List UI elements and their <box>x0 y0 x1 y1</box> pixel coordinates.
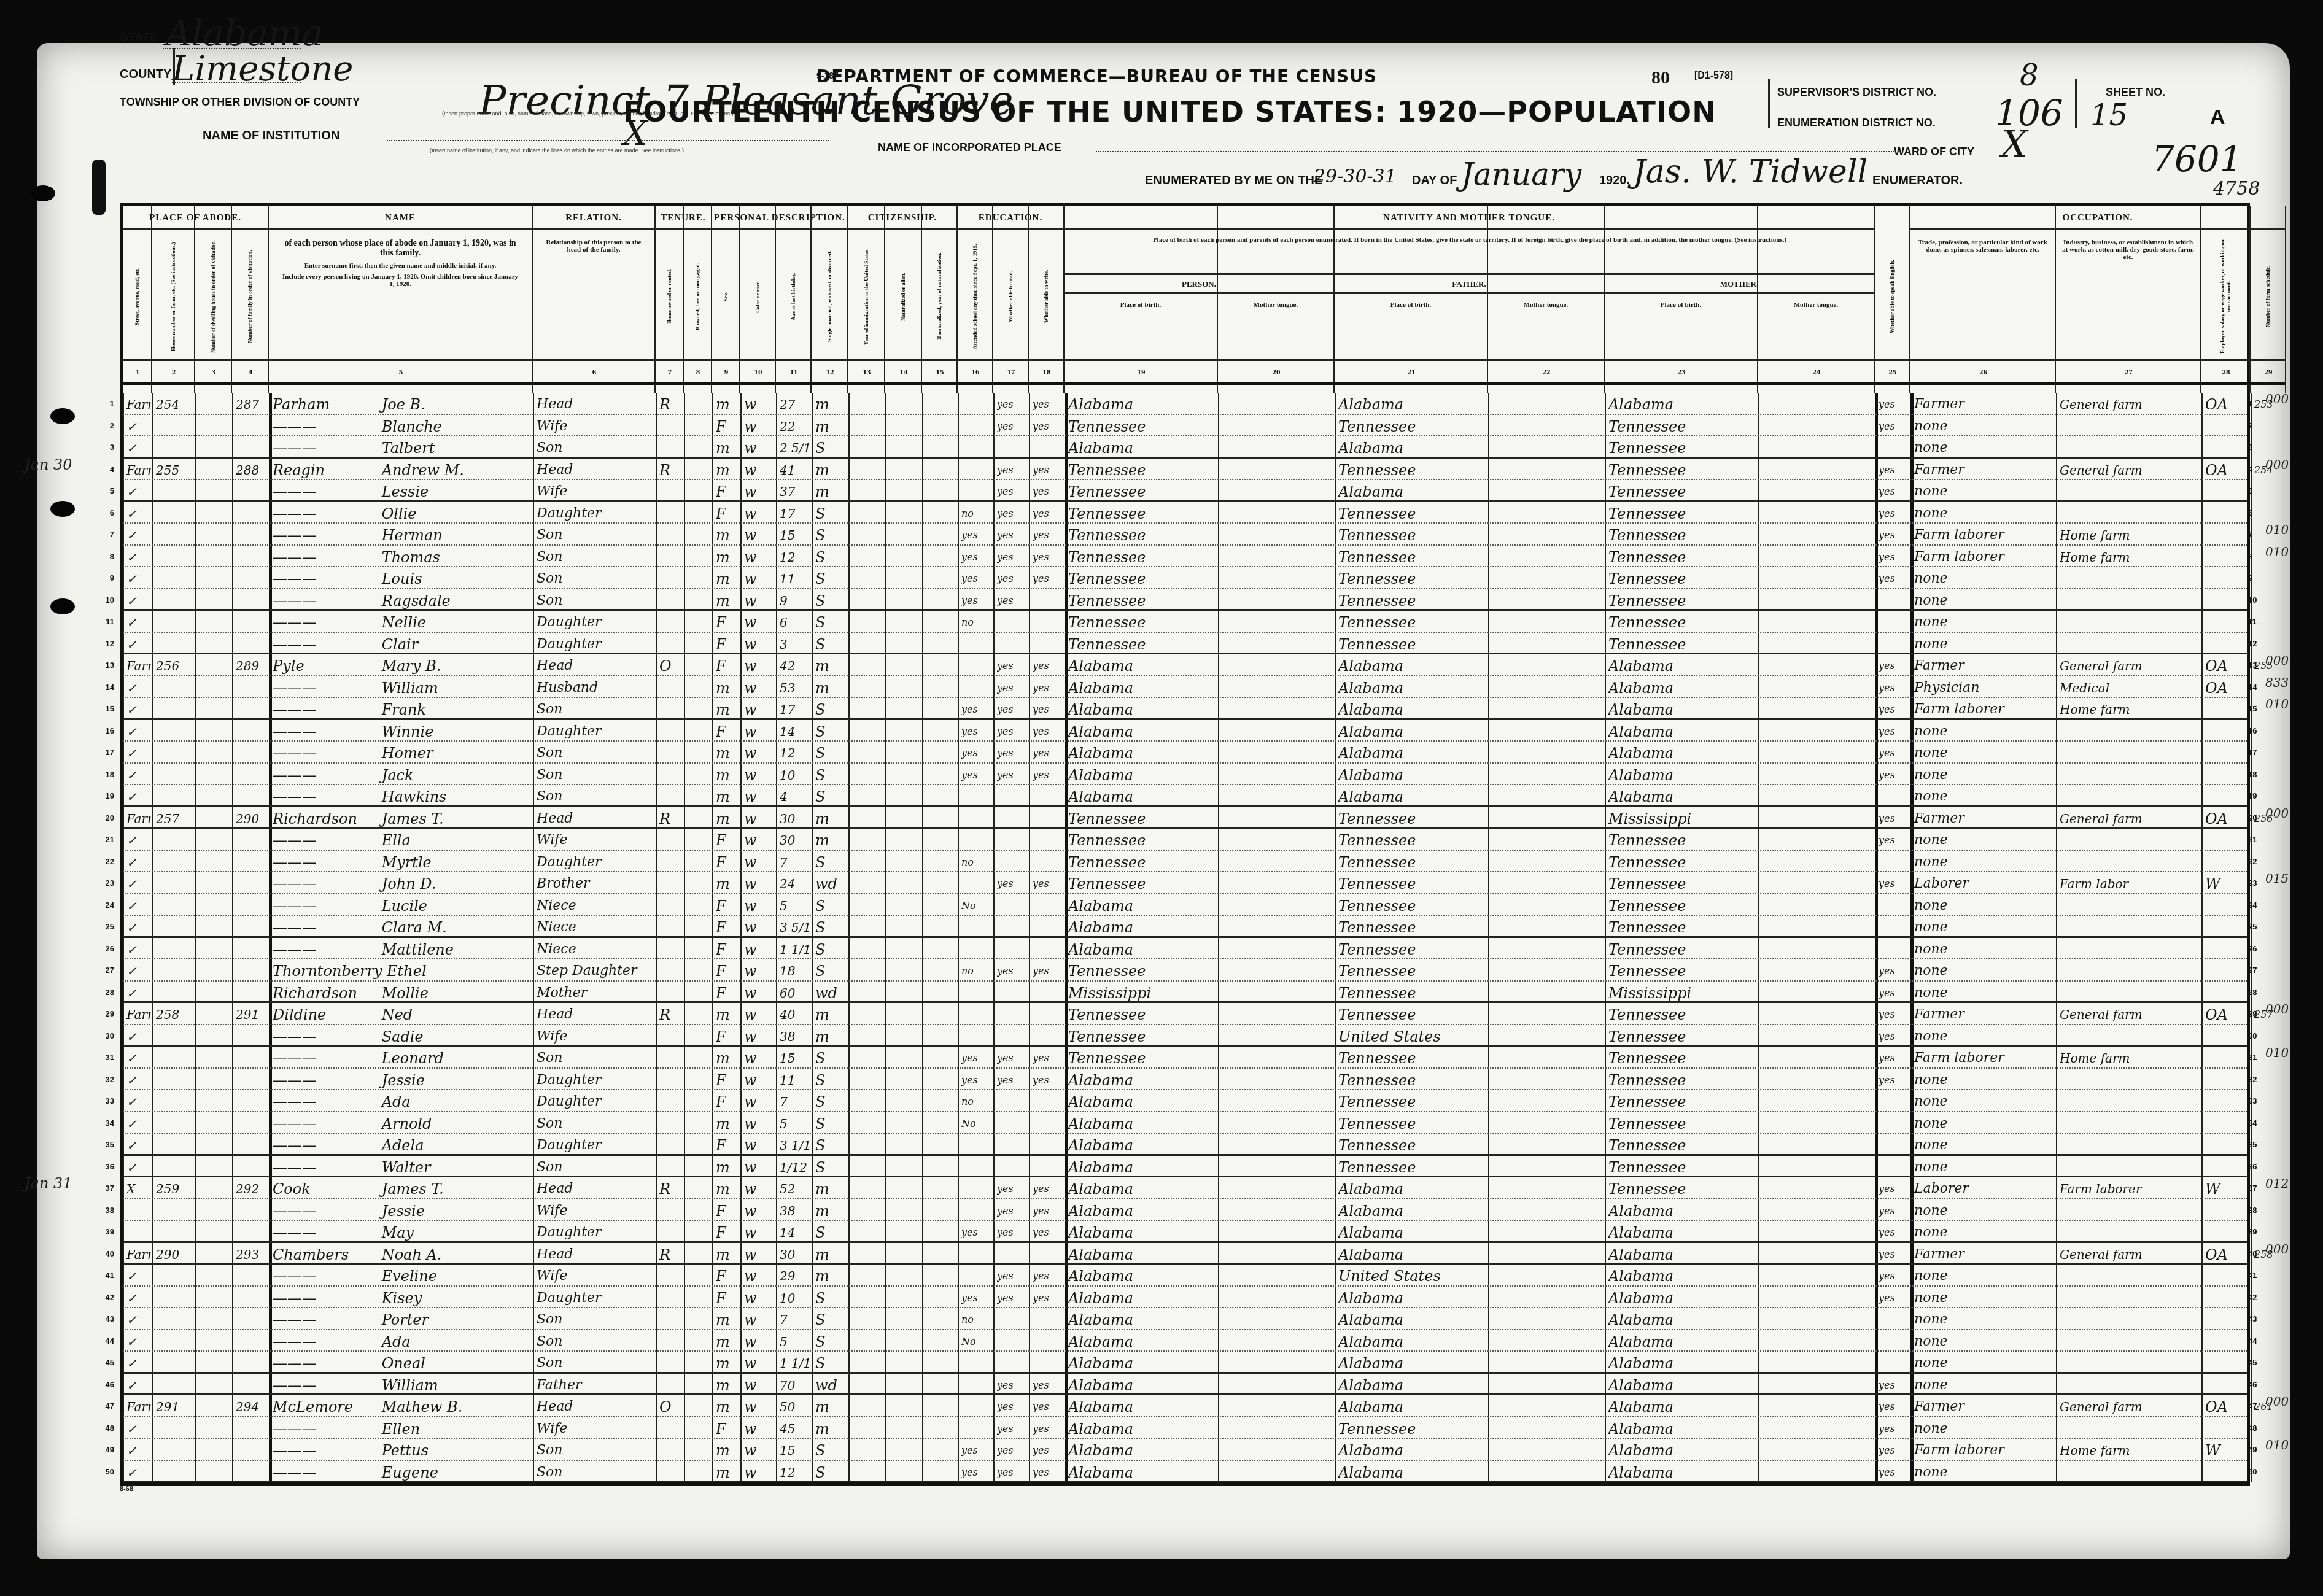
table-row: ✓——— LessieWifeFw37myesyesTennesseeAlaba… <box>123 480 2247 502</box>
cell-rel: Wife <box>537 1265 654 1286</box>
cell-ind <box>2060 982 2200 1003</box>
cell-mpob: Tennessee <box>1608 502 1757 524</box>
cell-emp <box>2205 1112 2249 1134</box>
name-header-text: Include every person living on January 1… <box>281 273 519 288</box>
cell-fpob: Alabama <box>1338 1199 1487 1221</box>
cell-ms: m <box>815 480 847 502</box>
cell-street: Farm <box>126 807 151 829</box>
cell-own <box>659 1417 683 1439</box>
surname: ——— <box>273 1134 377 1155</box>
cell-sex: m <box>716 1308 739 1330</box>
cell-read: yes <box>997 1287 1028 1308</box>
cell-sch: yes <box>961 1461 992 1482</box>
cell-own <box>659 502 683 524</box>
cell-fam: 287 <box>236 393 268 414</box>
cell-fam <box>236 764 268 785</box>
township-label: TOWNSHIP OR OTHER DIVISION OF COUNTY <box>120 96 360 109</box>
line-number-left: 33 <box>92 1096 114 1106</box>
line-number-left: 43 <box>92 1314 114 1323</box>
occupation-code: 015 <box>2265 871 2289 886</box>
cell-mpob: Tennessee <box>1608 1047 1757 1068</box>
cell-ms: m <box>815 807 847 829</box>
cell-sex: m <box>716 1461 739 1482</box>
table-row: ✓——— ClairDaughterFw3STennesseeTennessee… <box>123 633 2247 655</box>
cell-rel: Son <box>537 589 654 611</box>
given-name: Lucile <box>377 897 427 915</box>
cell-race: w <box>744 1287 775 1308</box>
cell-sex: F <box>716 959 739 981</box>
cell-ms: m <box>815 1395 847 1417</box>
cell-sex: m <box>716 764 739 785</box>
table-row: ✓——— LucileNieceFw5SNoAlabamaTennesseeTe… <box>123 894 2247 916</box>
cell-mpob: Alabama <box>1608 1417 1757 1439</box>
line-number-left: 19 <box>92 791 114 800</box>
cell-fam <box>236 1025 268 1047</box>
cell-mpob: Tennessee <box>1608 1134 1757 1155</box>
cell-write <box>1033 633 1063 654</box>
cell-rel: Niece <box>537 894 654 916</box>
cell-own <box>659 1156 683 1177</box>
given-name: Mathew B. <box>377 1398 462 1416</box>
surname: ——— <box>273 1265 377 1286</box>
table-row: ✓——— EllenWifeFw45myesyesAlabamaTennesse… <box>123 1417 2247 1439</box>
cell-sex: m <box>716 676 739 698</box>
cell-age: 41 <box>780 459 810 480</box>
cell-house <box>156 764 194 785</box>
cell-write: yes <box>1033 872 1063 894</box>
line-number-left: 38 <box>92 1206 114 1215</box>
table-row: ✓Thorntonberry EthelStep DaughterFw18Sno… <box>123 959 2247 982</box>
cell-fam <box>236 1090 268 1112</box>
cell-race: w <box>744 720 775 742</box>
cell-own: O <box>659 1395 683 1417</box>
occupation-code: 000 <box>2265 806 2289 821</box>
cell-race: w <box>744 1395 775 1417</box>
cell-rel: Brother <box>537 872 654 894</box>
cell-fam <box>236 567 268 589</box>
margin-date-note: Jan 31 <box>25 1175 72 1192</box>
surname: Parham <box>273 393 377 414</box>
cell-house <box>156 1417 194 1439</box>
cell-pob: Alabama <box>1068 698 1217 719</box>
cell-occ: none <box>1914 1265 2055 1286</box>
cell-fam <box>236 1199 268 1221</box>
line-number-left: 7 <box>92 530 114 539</box>
cell-sex: m <box>716 1243 739 1265</box>
cell-sex: F <box>716 1417 739 1439</box>
cell-pob: Tennessee <box>1068 872 1217 894</box>
cell-ms: S <box>815 1090 847 1112</box>
cell-name: ——— John D. <box>273 872 532 894</box>
line-number-left: 28 <box>92 988 114 997</box>
table-row: ✓——— WalterSonmw1/12SAlabamaTennesseeTen… <box>123 1156 2247 1178</box>
cell-sex: m <box>716 1330 739 1352</box>
given-name: James T. <box>377 1180 444 1198</box>
cell-fam: 293 <box>236 1243 268 1265</box>
cell-house <box>156 1287 194 1308</box>
cell-fpob: Tennessee <box>1338 1069 1487 1090</box>
cell-sch <box>961 1025 992 1047</box>
cell-fpob: Alabama <box>1338 698 1487 719</box>
cell-age: 53 <box>780 676 810 698</box>
table-row: ✓Richardson MollieMotherFw60wdMississipp… <box>123 982 2247 1004</box>
line-number-right: 9 <box>2248 573 2270 583</box>
cell-occ: none <box>1914 1069 2055 1090</box>
cell-fam: 291 <box>236 1003 268 1025</box>
cell-name: ——— Walter <box>273 1156 532 1177</box>
cell-read <box>997 1134 1028 1155</box>
cell-write <box>1033 611 1063 632</box>
cell-own <box>659 1112 683 1134</box>
cell-occ: none <box>1914 611 2055 632</box>
cell-street: Farm <box>126 393 151 414</box>
surname: ——— <box>273 1439 377 1460</box>
surname: ——— <box>273 589 377 611</box>
line-number-right: 45 <box>2248 1358 2270 1367</box>
cell-pob: Alabama <box>1068 764 1217 785</box>
cell-ind <box>2060 1352 2200 1373</box>
cell-ms: S <box>815 524 847 545</box>
column-number: 27 <box>2056 359 2201 385</box>
cell-read <box>997 829 1028 850</box>
line-number-left: 25 <box>92 922 114 931</box>
cell-house <box>156 1025 194 1047</box>
cell-ms: m <box>815 1417 847 1439</box>
cell-write: yes <box>1033 1047 1063 1068</box>
line-number-left: 23 <box>92 878 114 888</box>
cell-race: w <box>744 1330 775 1352</box>
cell-emp <box>2205 436 2249 458</box>
cell-name: ——— May <box>273 1221 532 1242</box>
surname: Richardson <box>273 807 377 829</box>
cell-house <box>156 415 194 436</box>
cell-fpob: Tennessee <box>1338 1112 1487 1134</box>
given-name: May <box>377 1224 414 1241</box>
cell-name: ——— Porter <box>273 1308 532 1330</box>
surname: ——— <box>273 1090 377 1112</box>
occupation-code: 010 <box>2265 522 2289 537</box>
cell-pob: Alabama <box>1068 1199 1217 1221</box>
given-name: Clair <box>377 636 418 653</box>
cell-name: ——— Ella <box>273 829 532 850</box>
cell-eng: yes <box>1879 502 1909 524</box>
cell-rel: Son <box>537 1308 654 1330</box>
cell-read: yes <box>997 764 1028 785</box>
cell-house <box>156 436 194 458</box>
table-row: ✓——— WilliamHusbandmw53myesyesAlabamaAla… <box>123 676 2247 699</box>
cell-sex: m <box>716 546 739 567</box>
cell-sch: no <box>961 959 992 981</box>
cell-read <box>997 1243 1028 1265</box>
cell-house <box>156 1352 194 1373</box>
enumerator-name: Jas. W. Tidwell <box>1633 153 1867 190</box>
cell-name: Parham Joe B. <box>273 393 532 414</box>
cell-street: ✓ <box>126 785 151 807</box>
cell-ms: S <box>815 1287 847 1308</box>
surname: ——— <box>273 742 377 763</box>
cell-street: ✓ <box>126 959 151 981</box>
given-name: Eugene <box>377 1464 438 1481</box>
cell-fpob: Alabama <box>1338 1461 1487 1482</box>
given-name: Sadie <box>377 1028 424 1045</box>
cell-ms: m <box>815 829 847 850</box>
line-number-right: 33 <box>2248 1096 2270 1106</box>
cell-street: ✓ <box>126 1134 151 1155</box>
cell-own <box>659 1199 683 1221</box>
line-number-right: 21 <box>2248 835 2270 844</box>
cell-ind <box>2060 1287 2200 1308</box>
cell-fam <box>236 1330 268 1352</box>
cell-write: yes <box>1033 1265 1063 1286</box>
cell-eng <box>1879 1134 1909 1155</box>
cell-name: ——— Blanche <box>273 415 532 436</box>
cell-rel: Daughter <box>537 1090 654 1112</box>
given-name: Ned <box>377 1006 413 1023</box>
cell-mpob: Alabama <box>1608 742 1757 763</box>
cell-occ: none <box>1914 785 2055 807</box>
cell-rel: Niece <box>537 938 654 959</box>
cell-pob: Alabama <box>1068 393 1217 414</box>
cell-sex: m <box>716 785 739 807</box>
cell-write <box>1033 785 1063 807</box>
cell-ind <box>2060 894 2200 916</box>
cell-house <box>156 1330 194 1352</box>
column-number: 15 <box>922 359 958 385</box>
cell-rel: Son <box>537 1156 654 1177</box>
cell-ms: m <box>815 1265 847 1286</box>
cell-race: w <box>744 1090 775 1112</box>
cell-mpob: Alabama <box>1608 720 1757 742</box>
cell-own <box>659 982 683 1003</box>
cell-eng: yes <box>1879 720 1909 742</box>
cell-house <box>156 546 194 567</box>
surname: ——— <box>273 415 377 436</box>
cell-street: ✓ <box>126 567 151 589</box>
header-text: Mother tongue. <box>1224 301 1327 309</box>
cell-sex: m <box>716 1003 739 1025</box>
given-name: Nellie <box>377 614 426 631</box>
table-body: Farm254287Parham Joe B.HeadRmw27myesyesA… <box>123 393 2247 1482</box>
cell-name: ——— Ollie <box>273 502 532 524</box>
cell-ms: S <box>815 1069 847 1090</box>
line-number-right: 30 <box>2248 1031 2270 1040</box>
cell-pob: Alabama <box>1068 1395 1217 1417</box>
cell-house <box>156 1069 194 1090</box>
cell-name: Reagin Andrew M. <box>273 459 532 480</box>
cell-street: ✓ <box>126 1047 151 1068</box>
cell-emp <box>2205 1134 2249 1155</box>
occupation-code: 833 <box>2265 675 2289 690</box>
cell-emp <box>2205 982 2249 1003</box>
surname: ——— <box>273 764 377 785</box>
cell-race: w <box>744 872 775 894</box>
cell-age: 18 <box>780 959 810 981</box>
cell-emp <box>2205 1287 2249 1308</box>
cell-race: w <box>744 1047 775 1068</box>
cell-write: yes <box>1033 742 1063 763</box>
cell-street: ✓ <box>126 415 151 436</box>
line-number-left: 13 <box>92 660 114 670</box>
cell-fpob: Alabama <box>1338 676 1487 698</box>
cell-mpob: Alabama <box>1608 1308 1757 1330</box>
cell-sch <box>961 1177 992 1199</box>
cell-fam <box>236 1287 268 1308</box>
cell-sch <box>961 459 992 480</box>
cell-race: w <box>744 502 775 524</box>
incorporated-label: NAME OF INCORPORATED PLACE <box>878 141 1061 154</box>
line-number-left: 4 <box>92 465 114 474</box>
cell-own <box>659 1090 683 1112</box>
surname: ——— <box>273 1221 377 1242</box>
cell-ind <box>2060 1308 2200 1330</box>
cell-read: yes <box>997 1177 1028 1199</box>
nativity-mother-header: MOTHER. <box>1605 273 1875 294</box>
cell-emp: OA <box>2205 676 2249 698</box>
cell-write: yes <box>1033 459 1063 480</box>
line-number-left: 34 <box>92 1118 114 1128</box>
cell-rel: Wife <box>537 1199 654 1221</box>
cell-sch: no <box>961 1090 992 1112</box>
header-text: Number of dwelling house in order of vis… <box>210 235 216 358</box>
cell-ind: Home farm <box>2060 698 2200 719</box>
cell-race: w <box>744 1069 775 1090</box>
cell-ind <box>2060 1221 2200 1242</box>
cell-sex: m <box>716 1156 739 1177</box>
cell-write <box>1033 1090 1063 1112</box>
header-text: If naturalized, year of naturalization. <box>936 235 942 358</box>
cell-mpob: Mississippi <box>1608 982 1757 1003</box>
surname: ——— <box>273 1461 377 1482</box>
cell-write: yes <box>1033 1199 1063 1221</box>
cell-rel: Head <box>537 1003 654 1025</box>
table-row: ✓——— WilliamFathermw70wdyesyesAlabamaAla… <box>123 1374 2247 1396</box>
cell-own <box>659 698 683 719</box>
cell-sch <box>961 785 992 807</box>
cell-occ: none <box>1914 589 2055 611</box>
cell-mpob: Alabama <box>1608 1352 1757 1373</box>
cell-emp: OA <box>2205 1395 2249 1417</box>
cell-rel: Head <box>537 393 654 414</box>
line-number-right: 5 <box>2248 486 2270 495</box>
cell-write <box>1033 589 1063 611</box>
cell-own: O <box>659 654 683 676</box>
cell-emp: W <box>2205 872 2249 894</box>
cell-mpob: Alabama <box>1608 1439 1757 1460</box>
cell-mpob: Alabama <box>1608 1461 1757 1482</box>
surname: ——— <box>273 524 377 545</box>
given-name: Arnold <box>377 1115 432 1133</box>
cell-read: yes <box>997 872 1028 894</box>
cell-occ: none <box>1914 1287 2055 1308</box>
given-name: Kisey <box>377 1290 422 1307</box>
cell-fam <box>236 916 268 937</box>
cell-ms: S <box>815 938 847 959</box>
cell-fpob: Alabama <box>1338 1308 1487 1330</box>
cell-race: w <box>744 524 775 545</box>
cell-write: yes <box>1033 764 1063 785</box>
cell-fam <box>236 829 268 850</box>
given-name: Frank <box>377 701 426 718</box>
column-number: 3 <box>195 359 232 385</box>
cell-ms: wd <box>815 1374 847 1395</box>
cell-house <box>156 1112 194 1134</box>
given-name: Ada <box>377 1333 411 1350</box>
cell-race: w <box>744 916 775 937</box>
cell-read <box>997 851 1028 872</box>
surname: ——— <box>273 1025 377 1047</box>
cell-name: ——— Jessie <box>273 1069 532 1090</box>
cell-read <box>997 916 1028 937</box>
cell-pob: Alabama <box>1068 1330 1217 1352</box>
cell-fam <box>236 742 268 763</box>
cell-ind: Home farm <box>2060 1439 2200 1460</box>
cell-emp <box>2205 894 2249 916</box>
cell-house <box>156 1265 194 1286</box>
line-number-left: 11 <box>92 617 114 626</box>
surname: ——— <box>273 611 377 632</box>
cell-mpob: Tennessee <box>1608 480 1757 502</box>
cell-race: w <box>744 1134 775 1155</box>
cell-sch <box>961 982 992 1003</box>
cell-emp: OA <box>2205 807 2249 829</box>
cell-fam <box>236 1461 268 1482</box>
table-row: ✓——— EvelineWifeFw29myesyesAlabamaUnited… <box>123 1265 2247 1287</box>
surname: ——— <box>273 872 377 894</box>
cell-mpob: Tennessee <box>1608 829 1757 850</box>
cell-house <box>156 785 194 807</box>
cell-race: w <box>744 676 775 698</box>
occupation-code: 000 <box>2265 1242 2289 1257</box>
cell-rel: Head <box>537 1395 654 1417</box>
punch-hole <box>50 501 75 517</box>
cell-house <box>156 1461 194 1482</box>
surname: ——— <box>273 633 377 654</box>
cell-sch <box>961 1243 992 1265</box>
table-row: Farm258291Dildine NedHeadRmw40mTennessee… <box>123 1003 2247 1025</box>
cell-read <box>997 633 1028 654</box>
column-number: 18 <box>1029 359 1065 385</box>
cell-own <box>659 1134 683 1155</box>
cell-rel: Mother <box>537 982 654 1003</box>
cell-mpob: Alabama <box>1608 1221 1757 1242</box>
cell-sch: No <box>961 1112 992 1134</box>
cell-read: yes <box>997 1461 1028 1482</box>
cell-age: 40 <box>780 1003 810 1025</box>
cell-fam <box>236 720 268 742</box>
cell-write <box>1033 916 1063 937</box>
cell-name: ——— Arnold <box>273 1112 532 1134</box>
table-row: ✓——— HawkinsSonmw4SAlabamaAlabamaAlabama… <box>123 785 2247 807</box>
cell-pob: Alabama <box>1068 676 1217 698</box>
surname: ——— <box>273 436 377 458</box>
line-number-left: 20 <box>92 813 114 823</box>
cell-race: w <box>744 1417 775 1439</box>
state-label: STATE <box>120 31 158 45</box>
cell-ind: Farm laborer <box>2060 1177 2200 1199</box>
cell-ms: m <box>815 1025 847 1047</box>
given-name: Ethel <box>382 963 426 980</box>
cell-emp: W <box>2205 1439 2249 1460</box>
cell-age: 15 <box>780 1047 810 1068</box>
cell-eng: yes <box>1879 1025 1909 1047</box>
line-number-left: 32 <box>92 1075 114 1084</box>
cell-sch: No <box>961 1330 992 1352</box>
cell-write: yes <box>1033 698 1063 719</box>
cell-pob: Alabama <box>1068 1069 1217 1090</box>
cell-sex: m <box>716 1395 739 1417</box>
cell-read: yes <box>997 502 1028 524</box>
cell-occ: none <box>1914 480 2055 502</box>
